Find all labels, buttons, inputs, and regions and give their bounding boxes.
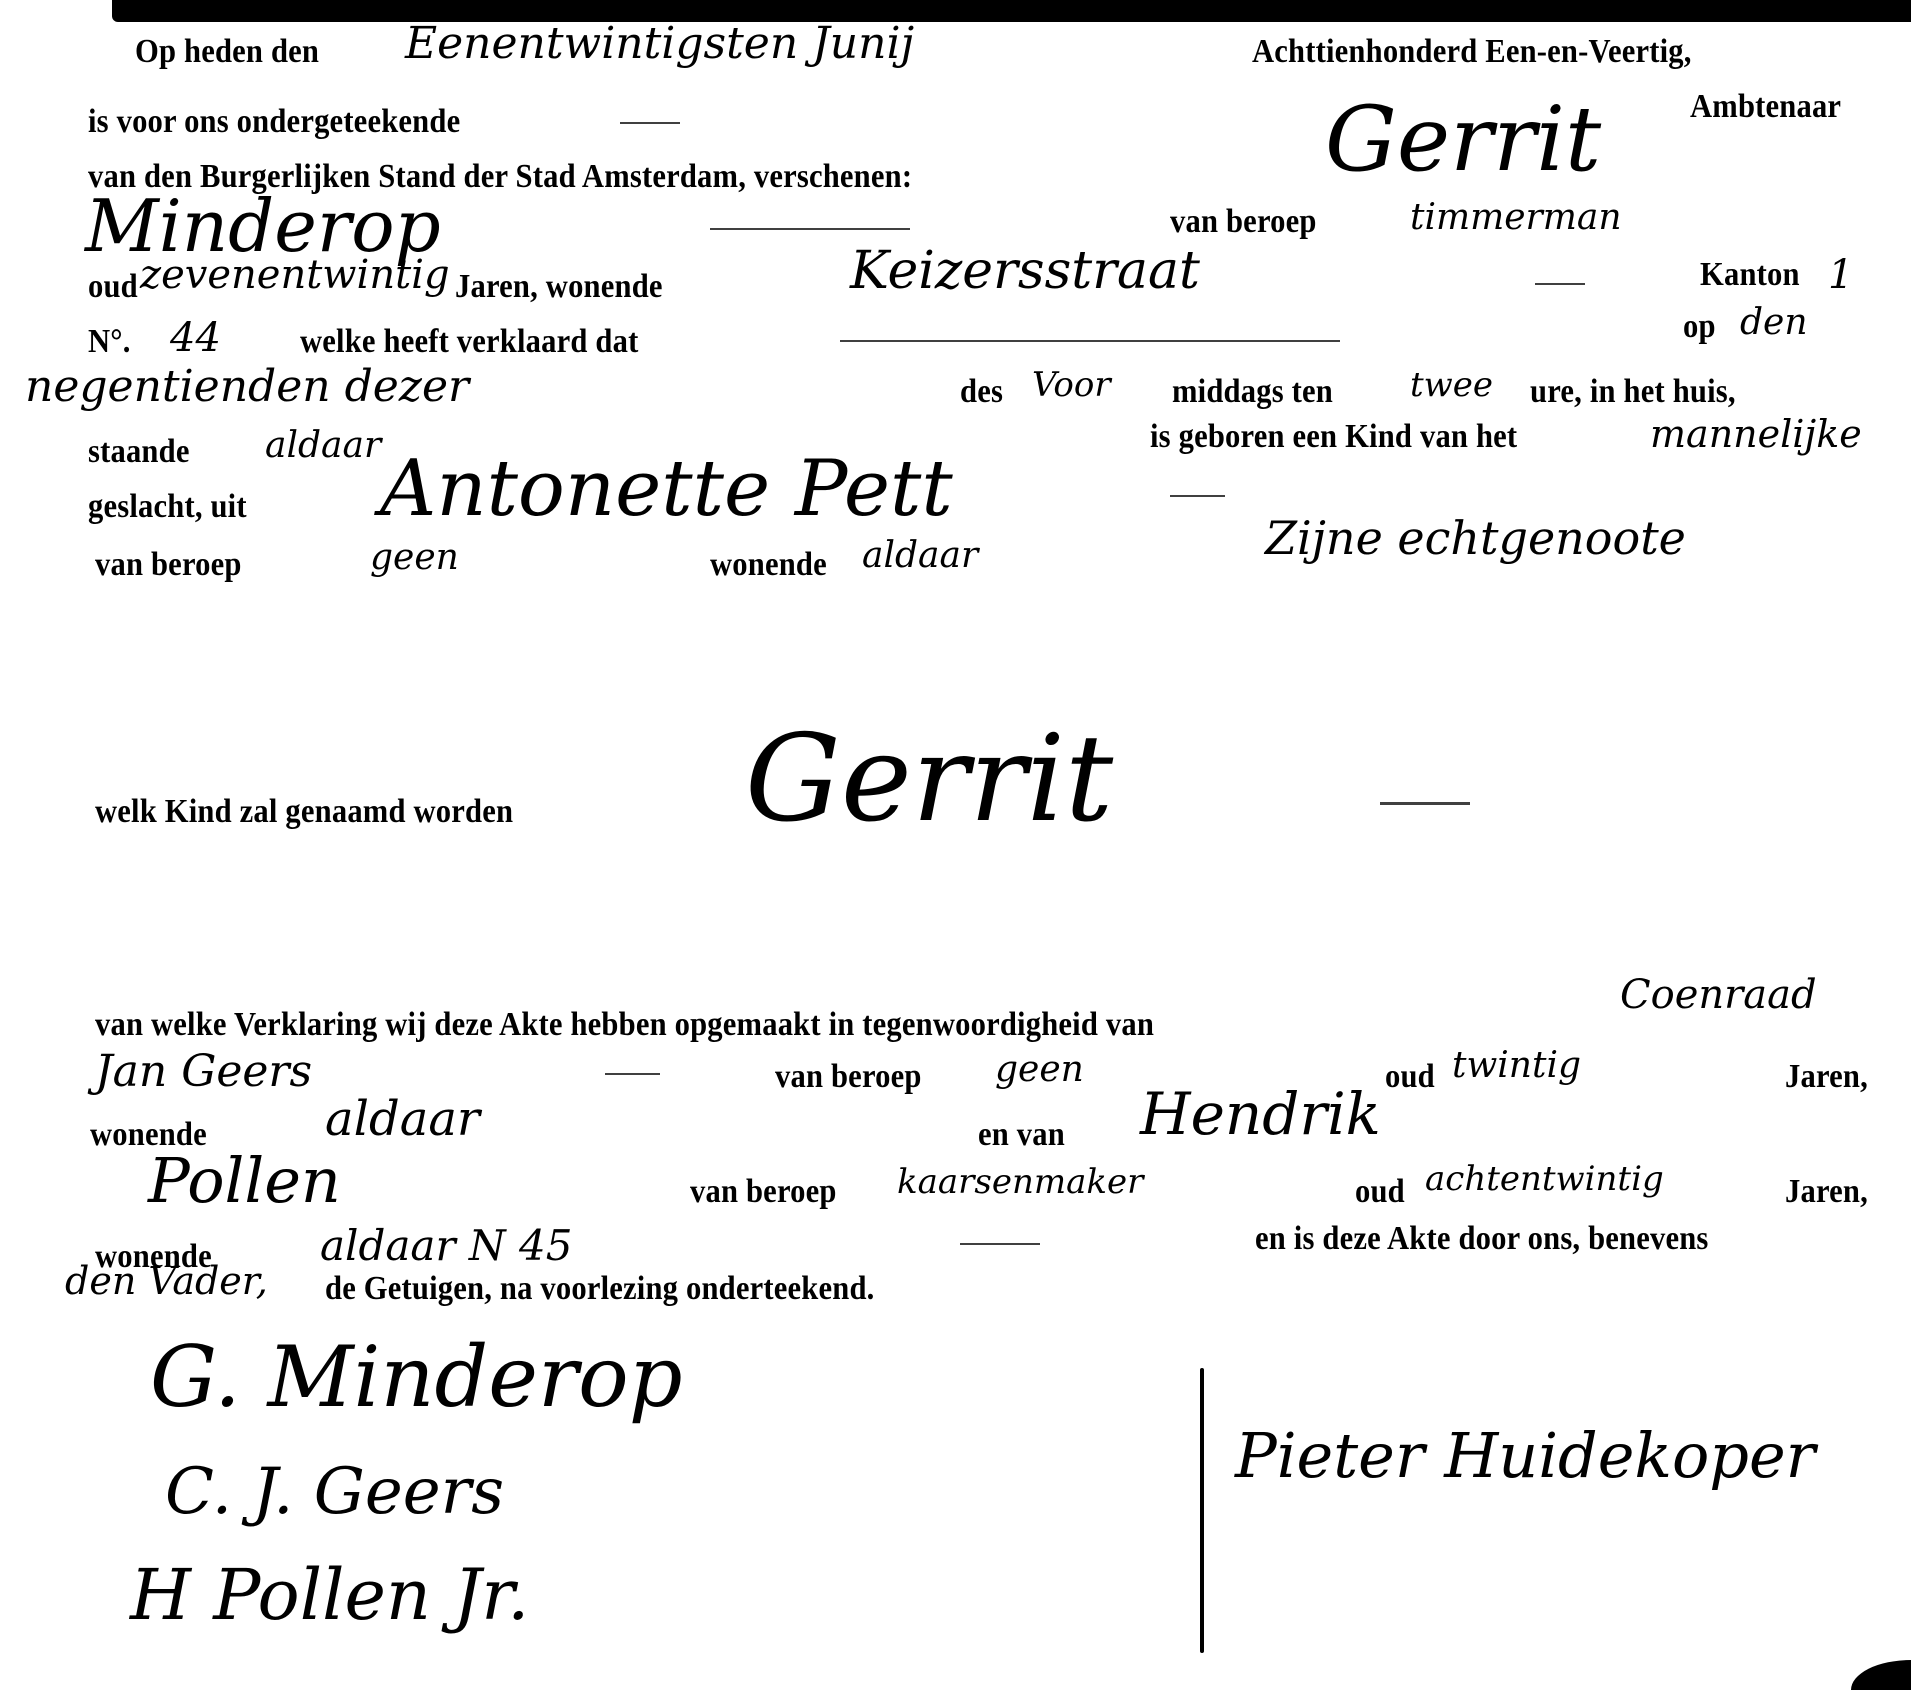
printed-w2-oud: oud bbox=[1355, 1175, 1405, 1209]
hw-house-no: 44 bbox=[170, 318, 221, 358]
dash bbox=[605, 1073, 660, 1075]
hw-father-ref: den Vader, bbox=[65, 1262, 268, 1300]
printed-staande: staande bbox=[88, 435, 190, 469]
dash bbox=[1380, 802, 1470, 805]
printed-op-heden: Op heden den bbox=[135, 35, 319, 69]
printed-geslacht-uit: geslacht, uit bbox=[88, 490, 247, 524]
hw-mother-occupation: geen bbox=[370, 540, 459, 576]
hw-house-location: aldaar bbox=[265, 428, 381, 464]
printed-w2-jaren: Jaren, bbox=[1785, 1175, 1868, 1209]
printed-ure-huis: ure, in het huis, bbox=[1530, 375, 1736, 409]
printed-verklaring: van welke Verklaring wij deze Akte hebbe… bbox=[95, 1008, 1154, 1042]
printed-des: des bbox=[960, 375, 1003, 409]
printed-van-beroep: van beroep bbox=[1170, 205, 1317, 239]
printed-w1-beroep: van beroep bbox=[775, 1060, 922, 1094]
hw-kanton: 1 bbox=[1828, 255, 1853, 295]
dash bbox=[710, 228, 910, 230]
hw-father-residence: Keizersstraat bbox=[850, 245, 1200, 297]
printed-year: Achttienhonderd Een-en-Veertig, bbox=[1252, 35, 1692, 69]
printed-op: op bbox=[1683, 310, 1716, 344]
hw-mother-residence: aldaar bbox=[862, 538, 978, 574]
printed-en-van: en van bbox=[978, 1118, 1065, 1152]
hw-witness1-age: twintig bbox=[1452, 1048, 1581, 1084]
printed-w2-beroep: van beroep bbox=[690, 1175, 837, 1209]
printed-ondergeteekende: is voor ons ondergeteekende bbox=[88, 105, 460, 139]
printed-oud: oud bbox=[88, 270, 138, 304]
hw-witness2-occupation: kaarsenmaker bbox=[897, 1165, 1143, 1199]
dash bbox=[960, 1243, 1040, 1245]
hw-mother: Antonette Pett bbox=[380, 450, 953, 528]
printed-wonende: wonende bbox=[710, 548, 827, 582]
hw-sex: mannelijke bbox=[1650, 415, 1862, 453]
printed-jaren-wonende: Jaren, wonende bbox=[455, 270, 663, 304]
hw-witness2-age: achtentwintig bbox=[1425, 1162, 1664, 1196]
hw-time-of-day: Voor bbox=[1032, 368, 1111, 402]
hw-witness2-first: Hendrik bbox=[1140, 1085, 1381, 1143]
hw-date: negentienden dezer bbox=[25, 365, 469, 409]
dash bbox=[1170, 495, 1225, 497]
signature-official: Pieter Huidekoper bbox=[1235, 1425, 1815, 1487]
printed-middags: middags ten bbox=[1172, 375, 1333, 409]
printed-ambtenaar: Ambtenaar bbox=[1690, 90, 1841, 124]
hw-witness1-residence: aldaar bbox=[325, 1095, 480, 1143]
hw-father-age: zevenentwintig bbox=[140, 255, 450, 295]
hw-witness2-last: Pollen bbox=[148, 1150, 341, 1212]
dash bbox=[840, 340, 1340, 342]
scan-border-top bbox=[112, 0, 1911, 22]
signature-witness2: H Pollen Jr. bbox=[130, 1560, 529, 1630]
signature-father: G. Minderop bbox=[150, 1335, 682, 1419]
hw-hour: twee bbox=[1410, 368, 1493, 402]
printed-welk-kind: welk Kind zal genaamd worden bbox=[95, 795, 513, 829]
signature-divider bbox=[1200, 1368, 1204, 1653]
hw-witness2-residence: aldaar N 45 bbox=[320, 1225, 572, 1267]
hw-child-name: Gerrit bbox=[745, 720, 1113, 840]
hw-witness1-occupation: geen bbox=[995, 1052, 1084, 1088]
dash bbox=[1535, 283, 1585, 285]
printed-closing-a: en is deze Akte door ons, benevens bbox=[1255, 1222, 1709, 1256]
hw-day: Eenentwintigsten Junij bbox=[405, 22, 914, 66]
signature-witness1: C. J. Geers bbox=[165, 1460, 504, 1524]
hw-witness1-first: Coenraad bbox=[1620, 975, 1817, 1015]
printed-welke-heeft: welke heeft verklaard dat bbox=[300, 325, 638, 359]
hw-witness1-last: Jan Geers bbox=[95, 1050, 312, 1094]
printed-w1-jaren: Jaren, bbox=[1785, 1060, 1868, 1094]
printed-no: N°. bbox=[88, 325, 131, 359]
dash bbox=[620, 122, 680, 124]
printed-w1-oud: oud bbox=[1385, 1060, 1435, 1094]
printed-closing-b: de Getuigen, na voorlezing onderteekend. bbox=[325, 1272, 874, 1306]
printed-van-beroep-mother: van beroep bbox=[95, 548, 242, 582]
printed-geboren: is geboren een Kind van het bbox=[1150, 420, 1517, 454]
hw-father-first: Gerrit bbox=[1325, 95, 1601, 185]
hw-date-ref: den bbox=[1740, 305, 1808, 341]
hw-father-occupation: timmerman bbox=[1410, 200, 1622, 236]
scan-corner bbox=[1851, 1660, 1911, 1690]
printed-kanton: Kanton bbox=[1700, 258, 1800, 292]
hw-relation: Zijne echtgenoote bbox=[1265, 515, 1686, 561]
